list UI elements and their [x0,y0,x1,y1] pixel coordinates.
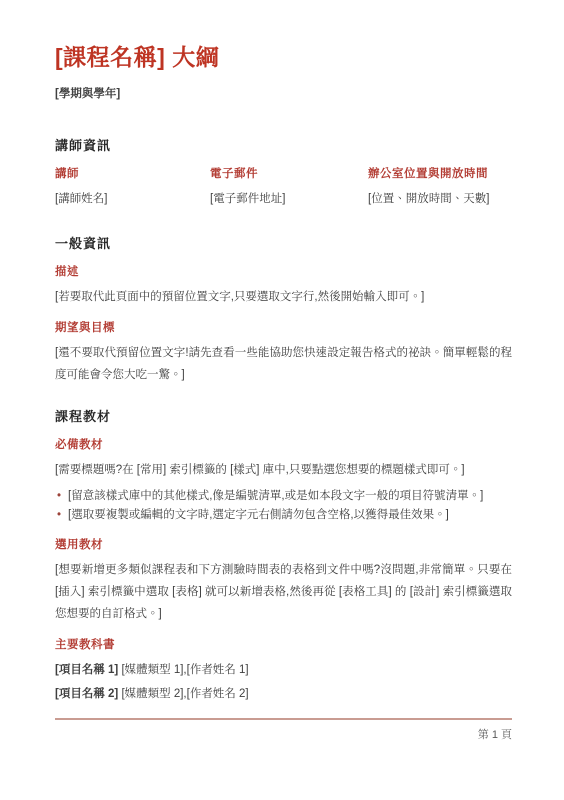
instructor-name-placeholder[interactable]: [講師姓名] [55,191,210,207]
section-heading-course-materials: 課程教材 [55,409,512,425]
textbook-list: [項目名稱 1] [媒體類型 1],[作者姓名 1] [項目名稱 2] [媒體類… [55,658,512,706]
semester-year-placeholder[interactable]: [學期與學年] [55,87,512,102]
textbook-details-placeholder[interactable]: [媒體類型 1],[作者姓名 1] [118,664,248,676]
primary-textbooks-subheading: 主要教科書 [55,638,512,653]
required-materials-intro-text[interactable]: [需要標題嗎?在 [常用] 索引標籤的 [樣式] 庫中,只要點選您想要的標題樣式… [55,459,512,481]
page-footer: 第 1 頁 [55,718,512,742]
textbook-item[interactable]: [項目名稱 1] [媒體類型 1],[作者姓名 1] [55,658,512,682]
optional-materials-subheading: 選用教材 [55,538,512,553]
description-subheading: 描述 [55,265,512,280]
expectations-placeholder-text[interactable]: [還不要取代預留位置文字!請先查看一些能協助您快速設定報告格式的祕訣。簡單輕鬆的… [55,342,512,386]
email-label: 電子郵件 [210,167,368,182]
instructor-column: 講師 [講師姓名] [55,167,210,207]
instructor-label: 講師 [55,167,210,182]
bullet-item[interactable]: [留意該樣式庫中的其他樣式,像是編號清單,或是如本段文字一般的項目符號清單。] [68,487,512,506]
section-heading-general-info: 一般資訊 [55,236,512,252]
footer-divider [55,718,512,720]
description-placeholder-text[interactable]: [若要取代此頁面中的預留位置文字,只要選取文字行,然後開始輸入即可。] [55,286,512,308]
page-number: 第 1 頁 [55,729,512,742]
required-materials-bullet-list: [留意該樣式庫中的其他樣式,像是編號清單,或是如本段文字一般的項目符號清單。] … [55,487,512,525]
required-materials-subheading: 必備教材 [55,438,512,453]
textbook-name-placeholder[interactable]: [項目名稱 2] [55,688,118,700]
instructor-info-row: 講師 [講師姓名] 電子郵件 [電子郵件地址] 辦公室位置與開放時間 [位置、開… [55,167,512,207]
optional-materials-placeholder-text[interactable]: [想要新增更多類似課程表和下方測驗時間表的表格到文件中嗎?沒問題,非常簡單。只要… [55,559,512,625]
document-page: [課程名稱] 大綱 [學期與學年] 講師資訊 講師 [講師姓名] 電子郵件 [電… [0,0,564,800]
textbook-item[interactable]: [項目名稱 2] [媒體類型 2],[作者姓名 2] [55,682,512,706]
office-hours-column: 辦公室位置與開放時間 [位置、開放時間、天數] [368,167,512,207]
section-heading-instructor-info: 講師資訊 [55,138,512,154]
email-placeholder[interactable]: [電子郵件地址] [210,191,368,207]
textbook-name-placeholder[interactable]: [項目名稱 1] [55,664,118,676]
email-column: 電子郵件 [電子郵件地址] [210,167,368,207]
office-hours-placeholder[interactable]: [位置、開放時間、天數] [368,191,512,207]
office-hours-label: 辦公室位置與開放時間 [368,167,512,182]
textbook-details-placeholder[interactable]: [媒體類型 2],[作者姓名 2] [118,688,248,700]
expectations-goals-subheading: 期望與目標 [55,321,512,336]
bullet-item[interactable]: [選取要複製或編輯的文字時,選定字元右側請勿包含空格,以獲得最佳效果。] [68,506,512,525]
course-title-placeholder[interactable]: [課程名稱] 大綱 [55,42,512,72]
